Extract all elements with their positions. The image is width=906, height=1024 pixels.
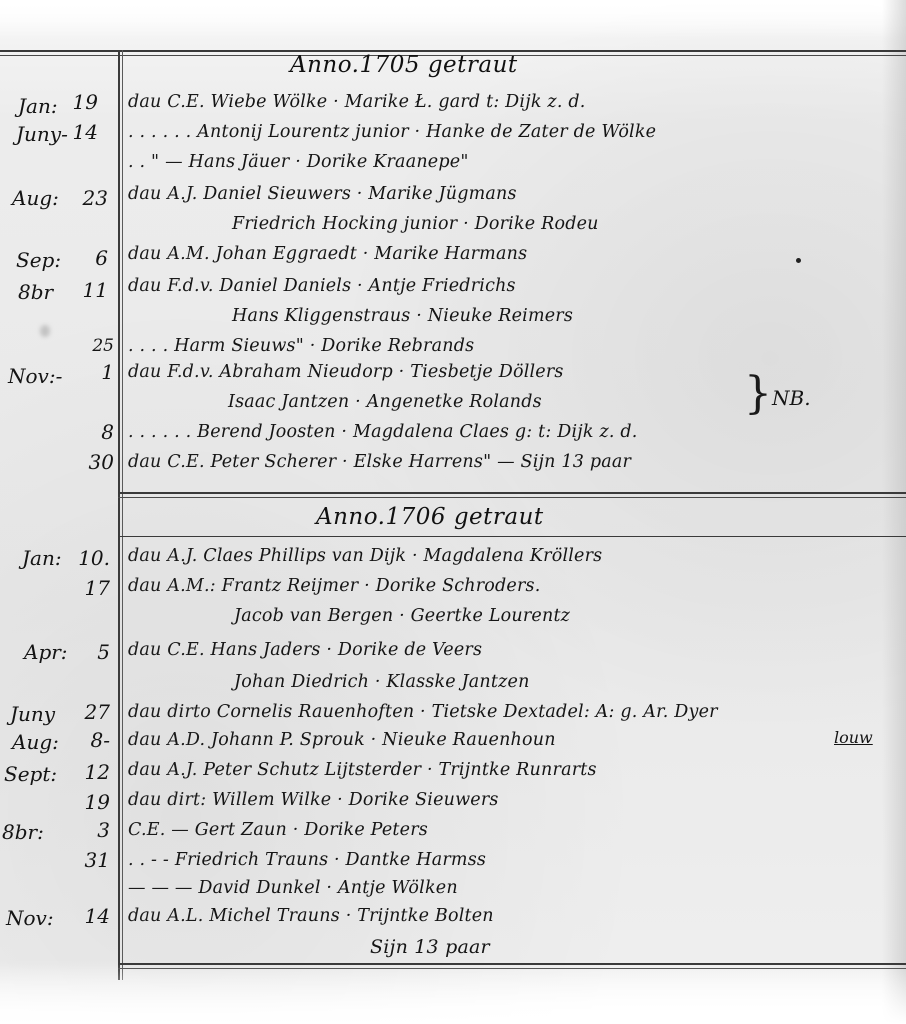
- date-day: 30: [80, 450, 114, 474]
- date-day: 12: [76, 760, 110, 784]
- date-month: Aug:: [12, 730, 59, 754]
- officiant: dau A.J.: [128, 184, 198, 204]
- entry-line: dau F.d.v. Daniel Daniels · Antje Friedr…: [128, 276, 516, 296]
- couple-names: Wiebe Wölke · Marike Ł. gard t: Dijk z. …: [211, 92, 586, 112]
- entry-line: Johan Diedrich · Klasske Jantzen: [234, 672, 530, 692]
- entry-line: dau A.M.: Frantz Reijmer · Dorike Schrod…: [128, 576, 541, 596]
- couple-names: Johan Eggraedt · Marike Harmans: [216, 244, 528, 264]
- officiant: dau A.L.: [128, 906, 203, 926]
- date-column-rule-inner: [122, 50, 123, 980]
- couple-names: Friedrich Trauns · Dantke Harmss: [175, 850, 486, 870]
- couple-names: Frantz Reijmer · Dorike Schroders.: [222, 576, 541, 596]
- officiant: dau C.E.: [128, 640, 205, 660]
- couple-names: Friedrich Hocking junior · Dorike Rodeu: [232, 214, 599, 234]
- date-month: Sep:: [16, 248, 61, 272]
- date-month: Jan:: [22, 546, 62, 570]
- couple-names: Peter Schutz Lijtsterder · Trijntke Runr…: [203, 760, 596, 780]
- entry-line: dau A.J. Peter Schutz Lijtsterder · Trij…: [128, 760, 597, 780]
- couple-names: Johan Diedrich · Klasske Jantzen: [234, 672, 530, 692]
- entry-line: . . . . . . Berend Joosten · Magdalena C…: [128, 422, 638, 442]
- officiant: . . . .: [128, 336, 168, 356]
- entry-line: dau F.d.v. Abraham Nieudorp · Tiesbetje …: [128, 362, 564, 382]
- officiant: dau F.d.v.: [128, 362, 214, 382]
- officiant: dau C.E.: [128, 92, 205, 112]
- section-heading-1705: Anno.1705 getraut: [290, 52, 518, 78]
- couple-names: Daniel Sieuwers · Marike Jügmans: [203, 184, 516, 204]
- date-day: 25: [80, 336, 114, 356]
- date-column-rule: [118, 50, 120, 980]
- date-month: Nov:-: [8, 364, 62, 388]
- couple-names: Peter Scherer · Elske Harrens" — Sijn 13…: [211, 452, 632, 472]
- entry-line: — — — David Dunkel · Antje Wölken: [128, 878, 458, 898]
- section-divider-rule: [118, 492, 906, 494]
- couple-names: Daniel Daniels · Antje Friedrichs: [219, 276, 515, 296]
- date-day: 3: [76, 818, 110, 842]
- entry-line: Jacob van Bergen · Geertke Lourentz: [234, 606, 570, 626]
- couple-names: Michel Trauns · Trijntke Bolten: [209, 906, 494, 926]
- couple-names: Jacob van Bergen · Geertke Lourentz: [234, 606, 570, 626]
- date-day: 19: [64, 90, 98, 114]
- date-month: 8br:: [2, 820, 44, 844]
- couple-names: Gert Zaun · Dorike Peters: [195, 820, 428, 840]
- couple-names: Antonij Lourentz junior · Hanke de Zater…: [197, 122, 656, 142]
- margin-note-nb: NB.: [772, 386, 811, 410]
- date-day: 5: [76, 640, 110, 664]
- entry-line: dau A.J. Daniel Sieuwers · Marike Jügman…: [128, 184, 517, 204]
- couple-names: David Dunkel · Antje Wölken: [198, 878, 457, 898]
- entry-line: C.E. — Gert Zaun · Dorike Peters: [128, 820, 428, 840]
- date-month: Aug:: [12, 186, 59, 210]
- couple-names: Harm Sieuws" · Dorike Rebrands: [174, 336, 474, 356]
- officiant: dau A.M.: [128, 244, 210, 264]
- officiant: dau A.M.:: [128, 576, 216, 596]
- ink-dot: [796, 258, 801, 263]
- officiant: dau F.d.v.: [128, 276, 214, 296]
- entry-line: dau C.E. Hans Jaders · Dorike de Veers: [128, 640, 482, 660]
- date-month: Sept:: [4, 762, 57, 786]
- officiant: dau A.J.: [128, 546, 198, 566]
- date-day: 1: [80, 360, 114, 384]
- couple-names: Hans Kliggenstraus · Nieuke Reimers: [232, 306, 573, 326]
- date-day: 8: [80, 420, 114, 444]
- entry-line: dau A.M. Johan Eggraedt · Marike Harmans: [128, 244, 527, 264]
- page-top-fade: [0, 0, 906, 38]
- couple-names: Cornelis Rauenhoften · Tietske Dextadel:…: [217, 702, 718, 722]
- date-day: 14: [76, 904, 110, 928]
- date-month: Jan:: [18, 94, 58, 118]
- date-day: 23: [74, 186, 108, 210]
- officiant: . . . . . .: [128, 422, 191, 442]
- entry-line: dau dirt: Willem Wilke · Dorike Sieuwers: [128, 790, 499, 810]
- brace-bracket: }: [744, 372, 772, 416]
- ink-smudge: [40, 325, 50, 337]
- date-day: 14: [64, 120, 98, 144]
- entry-line: Isaac Jantzen · Angenetke Rolands: [228, 392, 542, 412]
- date-month: Apr:: [24, 640, 68, 664]
- couple-names: Berend Joosten · Magdalena Claes g: t: D…: [197, 422, 637, 442]
- date-day: 27: [76, 700, 110, 724]
- date-day: 10.: [76, 546, 110, 570]
- officiant: . . . . . .: [128, 122, 191, 142]
- section-heading-1706: Anno.1706 getraut: [316, 504, 544, 530]
- entry-line: . . . . . . Antonij Lourentz junior · Ha…: [128, 122, 656, 142]
- entry-line: . . " — Hans Jäuer · Dorike Kraanepe": [128, 152, 469, 172]
- entry-line: . . . . Harm Sieuws" · Dorike Rebrands: [128, 336, 474, 356]
- couple-names: Hans Jaders · Dorike de Veers: [211, 640, 483, 660]
- officiant: dau dirt:: [128, 790, 206, 810]
- officiant: dau C.E.: [128, 452, 205, 472]
- date-day: 19: [76, 790, 110, 814]
- officiant: . . - -: [128, 850, 169, 870]
- date-day: 31: [76, 848, 110, 872]
- couple-names: Abraham Nieudorp · Tiesbetje Döllers: [219, 362, 563, 382]
- entry-line: dau A.L. Michel Trauns · Trijntke Bolten: [128, 906, 494, 926]
- entry-line: dau C.E. Peter Scherer · Elske Harrens" …: [128, 452, 631, 472]
- page-right-shadow: [882, 0, 906, 1024]
- entry-line: dau A.J. Claes Phillips van Dijk · Magda…: [128, 546, 602, 566]
- couple-names: Isaac Jantzen · Angenetke Rolands: [228, 392, 542, 412]
- margin-note-louw: louw: [834, 728, 873, 747]
- date-day: 8-: [76, 728, 110, 752]
- couple-names: Claes Phillips van Dijk · Magdalena Kröl…: [203, 546, 602, 566]
- officiant: . . " —: [128, 152, 183, 172]
- officiant: dau dirto: [128, 702, 211, 722]
- entry-line: Hans Kliggenstraus · Nieuke Reimers: [232, 306, 573, 326]
- couple-names: Willem Wilke · Dorike Sieuwers: [212, 790, 498, 810]
- date-day: 11: [74, 278, 108, 302]
- entry-line: . . - - Friedrich Trauns · Dantke Harmss: [128, 850, 486, 870]
- officiant: C.E. —: [128, 820, 189, 840]
- entry-line: dau C.E. Wiebe Wölke · Marike Ł. gard t:…: [128, 92, 586, 112]
- section-footer-total: Sijn 13 paar: [370, 936, 490, 958]
- date-day: 17: [76, 576, 110, 600]
- couple-names: Johann P. Sprouk · Nieuke Rauenhoun: [211, 730, 556, 750]
- officiant: dau A.D.: [128, 730, 205, 750]
- date-month: Juny-: [16, 122, 68, 146]
- date-month: 8br: [18, 280, 53, 304]
- officiant: — — —: [128, 878, 193, 898]
- date-day: 6: [74, 246, 108, 270]
- couple-names: Hans Jäuer · Dorike Kraanepe": [189, 152, 469, 172]
- entry-line: dau A.D. Johann P. Sprouk · Nieuke Rauen…: [128, 730, 556, 750]
- page-bottom-fade: [0, 964, 906, 1024]
- date-month: Nov:: [6, 906, 54, 930]
- officiant: dau A.J.: [128, 760, 198, 780]
- entry-line: Friedrich Hocking junior · Dorike Rodeu: [232, 214, 599, 234]
- entry-line: dau dirto Cornelis Rauenhoften · Tietske…: [128, 702, 718, 722]
- date-month: Juny: [10, 702, 55, 726]
- heading-underline-rule: [118, 536, 906, 537]
